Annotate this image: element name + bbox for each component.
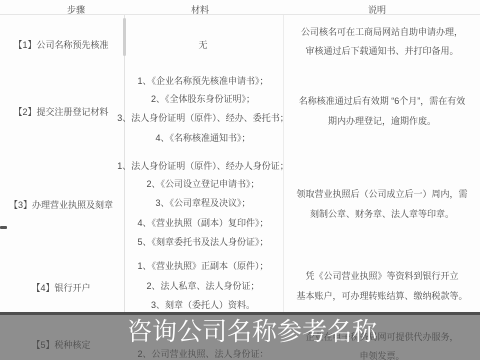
note-line: 凭《公司营业执照》等资料到银行开立 [285,271,479,282]
material-none: 无 [110,40,296,51]
note-line: 审核通过后下载通知书、并打印备用。 [285,46,479,57]
material-line: 2、《全体股东身份证明》； [110,94,296,105]
step-label-2: 【2】提交注册登记材料 [0,107,122,118]
page-title: 咨询公司名称参考名称 [127,317,377,349]
note-line: 名称核准通过后有效期 “6个月”，需在有效 [285,96,479,107]
material-line: 1、法人身份证明（原件）、经办人身份证； [110,161,296,172]
material-line: 1、《营业执照》正副本（原件）； [110,261,296,272]
material-line: 3、刻章（委托人）资料。 [110,300,296,311]
material-line-dimmed: 2、公司营业执照、法人身份证： [110,349,296,360]
material-line: 3、《公司章程及决议》； [110,198,296,209]
step-label-5: 【5】税种核定 [0,340,122,351]
note-line: 期内办理登记，逾期作废。 [285,116,479,127]
material-line: 5、《刻章委托书及法人身份证》； [110,237,296,248]
step-label-4: 【4】银行开户 [0,283,122,294]
material-line: 1、《企业名称预先核准申请书》； [110,76,296,87]
note-line: 领取营业执照后（公司成立后一）周内，需 [285,189,479,200]
material-line: 4、《营业执照（副本）复印件》； [110,218,296,229]
note-line: 公司核名可在工商局网站自助申请办理， [285,27,479,38]
bottom-overlay: 【5】税种核定 2、公司营业执照、法人身份证： 企业在电子税务局网可提供代办服务… [0,312,480,360]
note-line: 刻制公章、财务章、法人章等印章。 [285,209,479,220]
step-label-1: 【1】公司名称预先核准 [0,40,122,51]
step-label-3: 【3】办理营业执照及刻章 [0,200,122,211]
material-line: 2、《公司设立登记申请书》； [110,179,296,190]
material-line: 4、《名称核准通知书》； [110,133,296,144]
material-line: 2、法人私章、法人身份证； [110,281,296,292]
note-line: 基本账户，可办理转账结算、缴纳税款等。 [285,291,479,302]
table-top-border [0,14,480,15]
document-preview: 步骤 材料 说明 【1】公司名称预先核准 【2】提交注册登记材料 【3】办理营业… [0,0,480,360]
note-line-dimmed: 申领发票。 [285,351,479,360]
stray-mark [0,226,7,229]
material-line: 3、法人身份证明（原件）、经办、委托书； [110,113,296,124]
